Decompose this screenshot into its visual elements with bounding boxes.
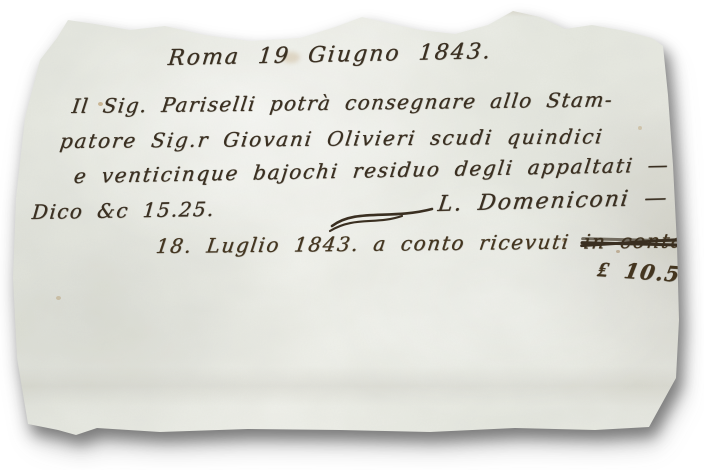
body-line-2: patore Sig.r Giovani Olivieri scudi quin… [58,124,605,153]
manuscript-paper: Roma 19 Giugno 1843. Il Sig. Pariselli p… [10,8,682,438]
struck-text: in contanti [582,228,704,253]
photo-backdrop: Roma 19 Giugno 1843. Il Sig. Pariselli p… [0,0,704,470]
dico-amount-note: Dico &c 15.25. [31,197,216,224]
receipt-line-text: 18. Luglio 1843. a conto ricevuti [154,230,571,258]
signature-flourish [328,204,436,234]
paper-shadow: Roma 19 Giugno 1843. Il Sig. Pariselli p… [0,0,704,470]
